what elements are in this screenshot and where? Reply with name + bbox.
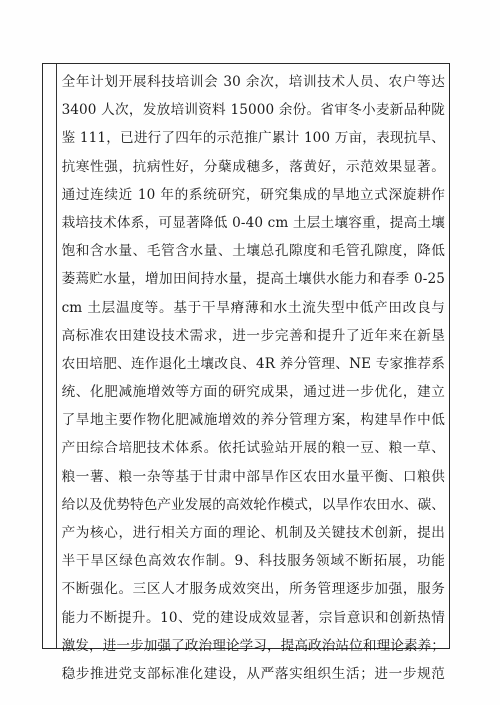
- text-line: 半干旱区绿色高效农作制。9、科技服务领域不断拓展，功能: [62, 547, 445, 575]
- text-line: 全年计划开展科技培训会 30 余次，培训技术人员、农户等达: [62, 68, 445, 96]
- text-line: cm 土层温度等。基于干旱瘠薄和水土流失型中低产田改良与: [62, 294, 445, 322]
- text-line: 了旱地主要作物化肥减施增效的养分管理方案，构建旱作中低: [62, 406, 445, 434]
- text-line: 萎蔫贮水量，增加田间持水量，提高土壤供水能力和春季 0-25: [62, 265, 445, 293]
- text-line: 产为核心，进行相关方面的理论、机制及关键技术创新，提出: [62, 519, 445, 547]
- text-line: 高标准农田建设技术需求，进一步完善和提升了近年来在新垦: [62, 322, 445, 350]
- text-line: 饱和含水量、毛管含水量、土壤总孔隙度和毛管孔隙度，降低: [62, 237, 445, 265]
- text-line: 鉴 111，已进行了四年的示范推广累计 100 万亩，表现抗旱、: [62, 124, 445, 152]
- table-content-cell: 全年计划开展科技培训会 30 余次，培训技术人员、农户等达 3400 人次，发放…: [57, 64, 449, 648]
- text-line: 栽培技术体系，可显著降低 0-40 cm 土层土壤容重，提高土壤: [62, 209, 445, 237]
- text-line: 统、化肥减施增效等方面的研究成果，通过进一步优化，建立: [62, 378, 445, 406]
- text-line: 3400 人次，发放培训资料 15000 余份。省审冬小麦新品种陇: [62, 96, 445, 124]
- text-line: 激发，进一步加强了政治理论学习，提高政治站位和理论素养；: [62, 632, 445, 660]
- text-line: 稳步推进党支部标准化建设，从严落实组织生活；进一步规范: [62, 660, 445, 688]
- text-line: 不断强化。三区人才服务成效突出，所务管理逐步加强，服务: [62, 575, 445, 603]
- text-line: 产田综合培肥技术体系。依托试验站开展的粮一豆、粮一草、: [62, 434, 445, 462]
- text-line: 抗寒性强，抗病性好，分蘖成穗多，落黄好，示范效果显著。: [62, 153, 445, 181]
- text-line: 能力不断提升。10、党的建设成效显著，宗旨意识和创新热情: [62, 604, 445, 632]
- text-line: 粮一薯、粮一杂等基于甘肃中部旱作区农田水量平衡、口粮供: [62, 463, 445, 491]
- text-line: 给以及优势特色产业发展的高效轮作模式，以旱作农田水、碳、: [62, 491, 445, 519]
- table-label-cell: [43, 64, 57, 648]
- text-line: 通过连续近 10 年的系统研究，研究集成的旱地立式深旋耕作: [62, 181, 445, 209]
- document-page: 全年计划开展科技培训会 30 余次，培训技术人员、农户等达 3400 人次，发放…: [0, 0, 500, 705]
- report-table: 全年计划开展科技培训会 30 余次，培训技术人员、农户等达 3400 人次，发放…: [42, 63, 450, 649]
- text-line: 农田培肥、连作退化土壤改良、4R 养分管理、NE 专家推荐系: [62, 350, 445, 378]
